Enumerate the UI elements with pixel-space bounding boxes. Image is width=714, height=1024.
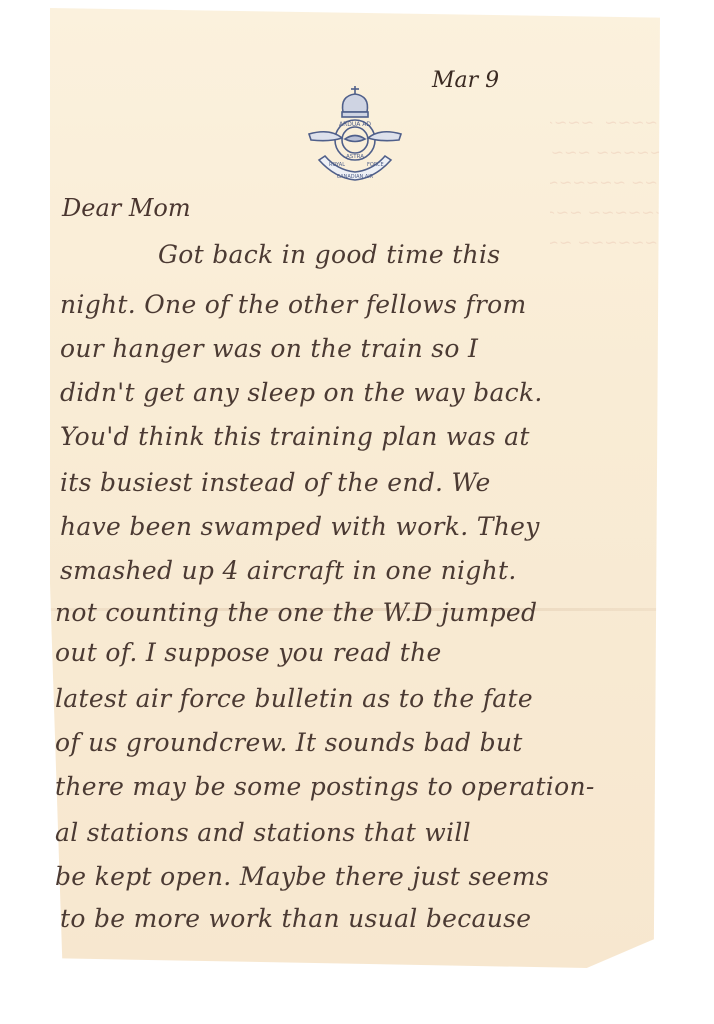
rcaf-crest-icon: ARDUA AD ASTRA ROYAL FORCE CANADIAN AIR: [305, 82, 405, 192]
letter-line: be kept open. Maybe there just seems: [55, 862, 549, 891]
salutation: Dear Mom: [62, 194, 191, 222]
letter-line: out of. I suppose you read the: [55, 638, 442, 667]
letter-date: Mar 9: [432, 68, 499, 93]
crest-banner-right: FORCE: [367, 162, 384, 168]
letter-line: latest air force bulletin as to the fate: [55, 684, 533, 713]
letter-line: not counting the one the W.D jumped: [55, 598, 537, 627]
letter-line: night. One of the other fellows from: [60, 290, 527, 319]
letter-line: didn't get any sleep on the way back.: [60, 378, 543, 407]
letter-line: al stations and stations that will: [55, 818, 471, 847]
letter-line: there may be some postings to operation-: [55, 772, 595, 801]
letter-line: our hanger was on the train so I: [60, 334, 478, 363]
letter-line: its busiest instead of the end. We: [60, 468, 491, 497]
letter-line: have been swamped with work. They: [60, 512, 540, 541]
bleed-through-text: ~~~~~~ ~~~~ ~~~~~~~ ~~~~ ~~~~ ~~~~~~~ ~~…: [550, 108, 700, 368]
crest-banner-bottom: CANADIAN AIR: [337, 174, 374, 180]
letter-line: of us groundcrew. It sounds bad but: [55, 728, 523, 757]
crest-banner-left: ROYAL: [329, 162, 345, 168]
letter-line: smashed up 4 aircraft in one night.: [60, 556, 517, 585]
crest-motto-bottom: ASTRA: [346, 154, 364, 160]
crest-motto-top: ARDUA AD: [339, 121, 371, 128]
letter-line: to be more work than usual because: [60, 904, 531, 933]
letter-line: Got back in good time this: [158, 240, 500, 269]
letter-line: You'd think this training plan was at: [60, 422, 530, 451]
